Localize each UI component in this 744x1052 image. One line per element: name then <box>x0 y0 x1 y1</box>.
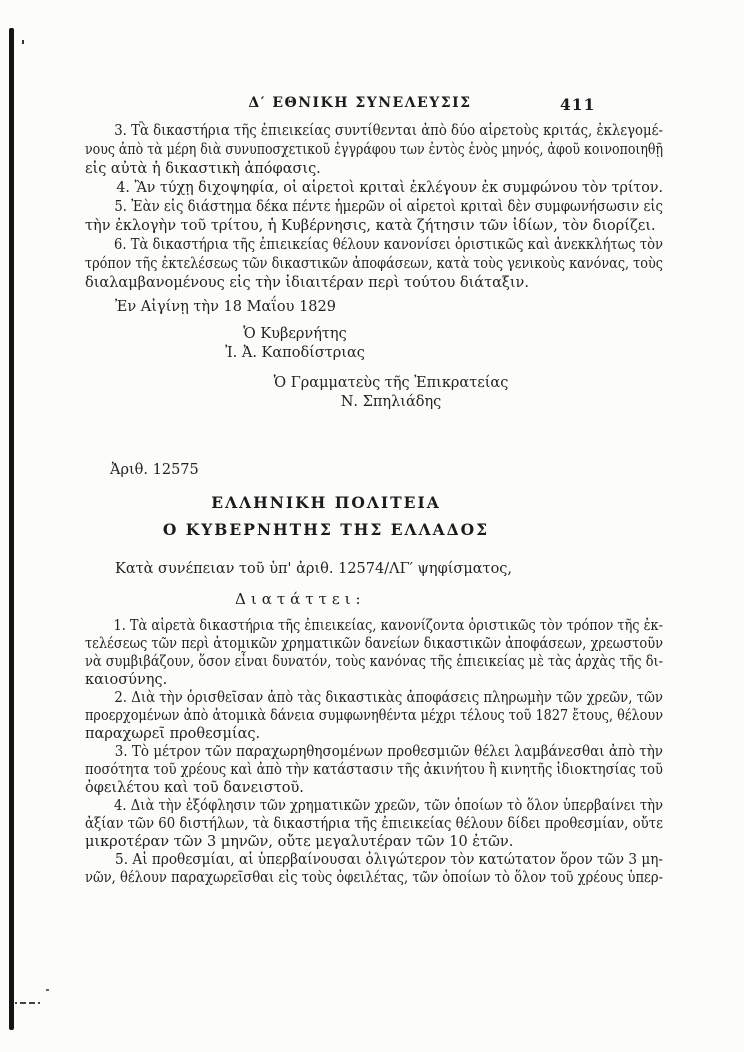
scan-speck <box>22 40 24 44</box>
scan-edge-bar <box>9 28 14 1030</box>
scanned-book-page: Δ′ ΕΘΝΙΚΗ ΣΥΝΕΛΕΥΣΙΣ 411 3. Τὰ δικαστήρι… <box>0 0 744 1052</box>
signature-secretary: Ὁ Γραμματεὺς τῆς Ἐπικρατείας Ν. Σπηλιάδη… <box>251 374 531 411</box>
running-header: Δ′ ΕΘΝΙΚΗ ΣΥΝΕΛΕΥΣΙΣ 411 <box>85 95 663 113</box>
decree-article-2: 2. Διὰ τὴν ὁρισθεῖσαν ἀπὸ τὰς δικαστικὰς… <box>85 689 663 743</box>
signature-secretary-title: Ὁ Γραμματεὺς τῆς Ἐπικρατείας <box>251 374 531 393</box>
decree-articles: 1. Τὰ αἱρετὰ δικαστήρια τῆς ἐπιεικείας, … <box>85 617 663 887</box>
decree-state-heading: ΕΛΛΗΝΙΚΗ ΠΟΛΙΤΕΙΑ <box>85 493 663 512</box>
decree-article-5: 5. Αἱ προθεσμίαι, αἱ ὑπερβαίνουσαι ὀλιγώ… <box>85 851 663 887</box>
decree-ruler-heading: Ο ΚΥΒΕΡΝΗΤΗΣ ΤΗΣ ΕΛΛΑΔΟΣ <box>85 520 663 540</box>
session-article-6: 6. Τὰ δικαστήρια τῆς ἐπιεικείας θέλουν κ… <box>85 236 663 293</box>
page-number: 411 <box>560 95 595 114</box>
signature-secretary-name: Ν. Σπηλιάδης <box>251 393 531 412</box>
decree-ordains-word: Διατάττει: <box>235 589 366 609</box>
dateline: Ἐν Αἰγίνῃ τὴν 18 Μαΐου 1829 <box>85 298 663 317</box>
decree-article-4: 4. Διὰ τὴν ἐξόφλησιν τῶν χρηματικῶν χρεῶ… <box>85 797 663 851</box>
signature-governor-name: Ἰ. Ἀ. Καποδίστριας <box>175 344 415 363</box>
session-article-3: 3. Τὰ δικαστήρια τῆς ἐπιεικείας συντίθεν… <box>85 122 663 179</box>
session-article-4: 4. Ἂν τύχῃ διχοψηφία, οἱ αἱρετοὶ κριταὶ … <box>85 179 663 198</box>
scan-speck <box>46 989 49 991</box>
session-article-5: 5. Ἐὰν εἰς διάστημα δέκα πέντε ἡμερῶν οἱ… <box>85 198 663 236</box>
text-block: 3. Τὰ δικαστήρια τῆς ἐπιεικείας συντίθεν… <box>85 122 663 887</box>
signature-governor: Ὁ Κυβερνήτης Ἰ. Ἀ. Καποδίστριας <box>175 325 415 362</box>
decree-number: Ἀριθ. 12575 <box>85 461 663 480</box>
decree-article-1: 1. Τὰ αἱρετὰ δικαστήρια τῆς ἐπιεικείας, … <box>85 617 663 689</box>
decree-preamble: Κατὰ συνέπειαν τοῦ ὑπ' ἀριθ. 12574/ΛΓ′ ψ… <box>85 560 663 579</box>
signature-governor-title: Ὁ Κυβερνήτης <box>175 325 415 344</box>
scan-marks <box>15 1002 40 1004</box>
decree-article-3: 3. Τὸ μέτρον τῶν παραχωρηθησομένων προθε… <box>85 743 663 797</box>
